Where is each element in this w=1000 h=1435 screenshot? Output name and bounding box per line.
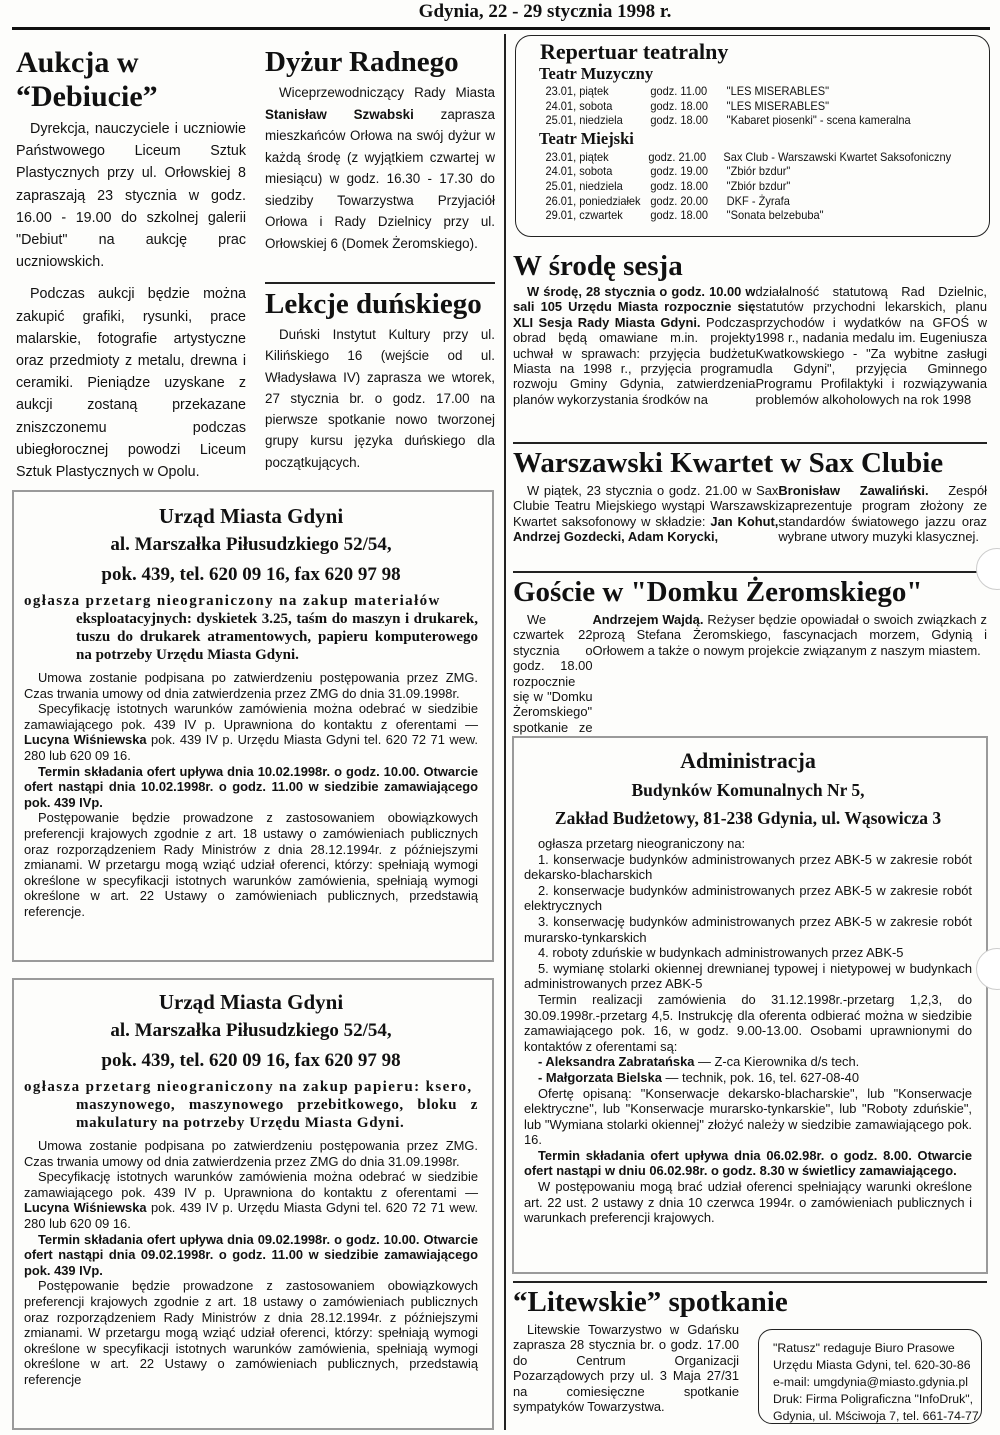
tender-item: 5. wymianę stolarki okiennej drewnianej … [524,961,972,992]
article-title: Dyżur Radnego [265,46,495,78]
announce-body: eksploatacyjnych: dyskietek 3.25, taśm d… [24,610,478,664]
tender-item: 4. roboty zduńskie w budynkach administr… [524,945,972,961]
repertuar-box: Repertuar teatralny Teatr Muzyczny 23.01… [515,35,990,237]
article-title: “Litewskie” spotkanie [513,1286,987,1318]
schedule-play: Sax Club - Warszawski Kwartet Saksofonic… [723,150,951,165]
tender-notice-abk5: Administracja Budynków Komunalnych Nr 5,… [512,736,988,1274]
section-rule [513,442,987,444]
notice-subtitle: Budynków Komunalnych Nr 5, [524,776,972,804]
contact-line: - Małgorzata Bielska — technik, pok. 16,… [524,1070,972,1086]
schedule-play: "LES MISERABLES" [727,84,951,99]
schedule-time: godz. 18.00 [650,208,726,223]
notice-paragraph: Ofertę opisaną: "Konserwacje dekarsko-bl… [524,1086,972,1148]
notice-paragraph: ogłasza przetarg nieograniczony na: [524,836,972,852]
notice-title: Urząd Miasta Gdyni [24,502,478,530]
schedule-time: godz. 18.00 [650,113,726,128]
colophon-line: "Ratusz" redaguje Biuro Prasowe [773,1340,981,1357]
notice-body: Umowa zostanie podpisana po zatwierdzeni… [24,1138,478,1388]
notice-body: ogłasza przetarg nieograniczony na: 1. k… [524,836,972,1226]
contact-role: — Z-ca Kierownika d/s tech. [694,1054,859,1069]
notice-title: Administracja [524,746,972,776]
schedule-date: 26.01, poniedziałek [516,194,650,209]
schedule-date: 24.01, sobota [516,99,650,114]
article-aukcja: Aukcja w “Debiucie” Dyrekcja, nauczyciel… [16,46,246,483]
schedule-play: "Sonata belzebuba" [727,208,951,223]
notice-paragraph: Termin realizacji zamówienia do 31.12.19… [524,992,972,1054]
notice-contact: pok. 439, tel. 620 09 16, fax 620 97 98 [24,1046,478,1076]
masthead-dateline: Gdynia, 22 - 29 stycznia 1998 r. [0,0,1000,28]
schedule-row: 29.01, czwartekgodz. 18.00"Sonata belzeb… [516,208,951,223]
schedule-time: godz. 11.00 [650,84,726,99]
section-rule [513,571,987,573]
notice-address: al. Marszałka Piłusudzkiego 52/54, [24,1016,478,1046]
article-paragraph: W piątek, 23 stycznia o godz. 21.00 w Sa… [513,483,778,545]
schedule-row: 25.01, niedzielagodz. 18.00"Kabaret pios… [516,113,951,128]
article-dyzur-radnego: Dyżur Radnego Wiceprzewodniczący Rady Mi… [265,46,495,254]
schedule-play: "Zbiór bzdur" [727,179,951,194]
text: We czwartek 22 stycznia o godz. 18.00 ro… [513,612,593,735]
colophon-box: "Ratusz" redaguje Biuro Prasowe Urzędu M… [758,1329,982,1424]
notice-paragraph: W postępowaniu mogą brać udział oferenci… [524,1179,972,1226]
article-columns: W piątek, 23 stycznia o godz. 21.00 w Sa… [513,483,987,545]
notice-paragraph: Postępowanie będzie prowadzone z zastoso… [24,1278,478,1387]
schedule-date: 23.01, piątek [516,150,648,165]
text: zaprasza mieszkańców Orłowa na swój dyżu… [265,107,495,251]
musician-names: Bronisław Zawaliński. [778,483,928,498]
article-columns: W środę, 28 stycznia o godz. 10.00 w sal… [513,284,987,407]
schedule-date: 24.01, sobota [516,164,650,179]
schedule-time: godz. 19.00 [650,164,726,179]
tender-item: 2. konserwacje budynków administrowanych… [524,883,972,914]
notice-title: Urząd Miasta Gdyni [24,988,478,1016]
theatre-miejski: Teatr Miejski 23.01, piątekgodz. 21.00Sa… [540,128,989,223]
tender-notice-1: Urząd Miasta Gdyni al. Marszałka Piłusud… [12,490,494,962]
column-divider [504,34,506,1430]
contact-person: - Aleksandra Zabratańska [538,1054,694,1069]
schedule-row: 24.01, sobotagodz. 19.00"Zbiór bzdur" [516,164,951,179]
notice-contact: pok. 439, tel. 620 09 16, fax 620 97 98 [24,560,478,590]
tender-notice-2: Urząd Miasta Gdyni al. Marszałka Piłusud… [12,978,494,1430]
notice-paragraph: Umowa zostanie podpisana po zatwierdzeni… [24,670,478,701]
schedule-row: 26.01, poniedziałekgodz. 20.00DKF - Żyra… [516,194,951,209]
notice-paragraph: Postępowanie będzie prowadzone z zastoso… [24,810,478,919]
schedule-time: godz. 18.00 [650,99,726,114]
schedule-play: "Zbiór bzdur" [727,164,951,179]
schedule-date: 23.01, piątek [516,84,650,99]
theatre-muzyczny: Teatr Muzyczny 23.01, piątekgodz. 11.00"… [540,64,989,128]
text: Specyfikację istotnych warunków zamówien… [24,1169,478,1200]
schedule-row: 23.01, piątekgodz. 21.00Sax Club - Warsz… [516,150,951,165]
notice-address: Zakład Budżetowy, 81-238 Gdynia, ul. Wąs… [524,804,972,832]
schedule-row: 25.01, niedzielagodz. 18.00"Zbiór bzdur" [516,179,951,194]
article-paragraph: Bronisław Zawaliński. Zespół zaprezentuj… [778,483,987,545]
article-paragraph: Duński Instytut Kultury przy ul. Kilińsk… [265,324,495,473]
notice-deadline: Termin składania ofert upływa dnia 10.02… [24,764,478,811]
text: Specyfikację istotnych warunków zamówien… [24,701,478,732]
notice-deadline: Termin składania ofert upływa dnia 06.02… [524,1148,972,1179]
schedule-play: "LES MISERABLES" [727,99,951,114]
schedule-time: godz. 21.00 [648,150,723,165]
person-name: Stanisław Szwabski [265,107,414,122]
contact-line: - Aleksandra Zabratańska — Z-ca Kierowni… [524,1054,972,1070]
notice-address: al. Marszałka Piłusudzkiego 52/54, [24,530,478,560]
schedule-date: 25.01, niedziela [516,179,650,194]
article-paragraph: Podczas aukcji będzie można zakupić graf… [16,283,246,483]
article-title: Lekcje duńskiego [265,288,495,320]
article-title: Aukcja w “Debiucie” [16,46,246,114]
section-rule [513,1281,987,1283]
repertuar-title: Repertuar teatralny [540,40,989,64]
text: Wiceprzewodniczący Rady Miasta [279,85,495,100]
notice-paragraph: Umowa zostanie podpisana po zatwierdzeni… [24,1138,478,1169]
article-paragraph: Wiceprzewodniczący Rady Miasta Stanisław… [265,82,495,254]
article-paragraph: działalność statutową Rad Dzielnic, stat… [755,284,987,407]
article-paragraph: W środę, 28 stycznia o godz. 10.00 w sal… [513,284,755,407]
article-paragraph: Litewskie Towarzystwo w Gdańsku zaprasza… [513,1322,739,1414]
schedule-time: godz. 18.00 [650,179,726,194]
section-rule [265,282,495,284]
contact-person: Lucyna Wiśniewska [24,1200,147,1215]
contact-person: - Małgorzata Bielska [538,1070,662,1085]
theatre-name: Teatr Miejski [539,128,989,150]
article-kwartet: Warszawski Kwartet w Sax Clubie W piątek… [513,447,987,545]
article-lekcje-dunskiego: Lekcje duńskiego Duński Instytut Kultury… [265,288,495,473]
title-line: “Debiucie” [16,80,158,113]
notice-body: Umowa zostanie podpisana po zatwierdzeni… [24,670,478,920]
schedule-date: 29.01, czwartek [516,208,650,223]
guest-name: Andrzejem Wajdą. [593,612,704,627]
colophon-line: Gdynia, ul. Mściwoja 7, tel. 661-74-77 [773,1408,981,1425]
announce-lead: ogłasza przetarg nieograniczony na zakup… [24,1078,478,1096]
colophon-line: Druk: Firma Poligraficzna "InfoDruk", [773,1391,981,1408]
announce-lead: ogłasza przetarg nieograniczony na zakup… [24,592,478,610]
notice-deadline: Termin składania ofert upływa dnia 09.02… [24,1232,478,1279]
masthead-rule [12,27,990,30]
schedule-play: DKF - Żyrafa [727,194,951,209]
contact-role: — technik, pok. 16, tel. 627-08-40 [662,1070,859,1085]
article-paragraph: Dyrekcja, nauczyciele i uczniowie Państw… [16,118,246,273]
article-title: Goście w "Domku Żeromskiego" [513,576,987,608]
tender-item: 3. konserwację budynków administrowanych… [524,914,972,945]
announce-body: maszynowego, maszynowego przebitkowego, … [24,1096,478,1132]
schedule-row: 24.01, sobotagodz. 18.00"LES MISERABLES" [516,99,951,114]
article-title: W środę sesja [513,250,987,282]
notice-paragraph: Specyfikację istotnych warunków zamówien… [24,701,478,763]
schedule-date: 25.01, niedziela [516,113,650,128]
title-line: Aukcja w [16,46,139,79]
contact-person: Lucyna Wiśniewska [24,732,147,747]
article-sesja: W środę sesja W środę, 28 stycznia o god… [513,250,987,407]
colophon-line: e-mail: umgdynia@miasto.gdynia.pl [773,1374,981,1391]
article-title: Warszawski Kwartet w Sax Clubie [513,447,987,479]
schedule-time: godz. 20.00 [650,194,726,209]
notice-paragraph: Specyfikację istotnych warunków zamówien… [24,1169,478,1231]
tender-item: 1. konserwacje budynków administrowanych… [524,852,972,883]
schedule-play: "Kabaret piosenki" - scena kameralna [727,113,951,128]
schedule-row: 23.01, piątekgodz. 11.00"LES MISERABLES" [516,84,951,99]
theatre-name: Teatr Muzyczny [539,64,989,84]
colophon-line: Urzędu Miasta Gdyni, tel. 620-30-86 [773,1357,981,1374]
